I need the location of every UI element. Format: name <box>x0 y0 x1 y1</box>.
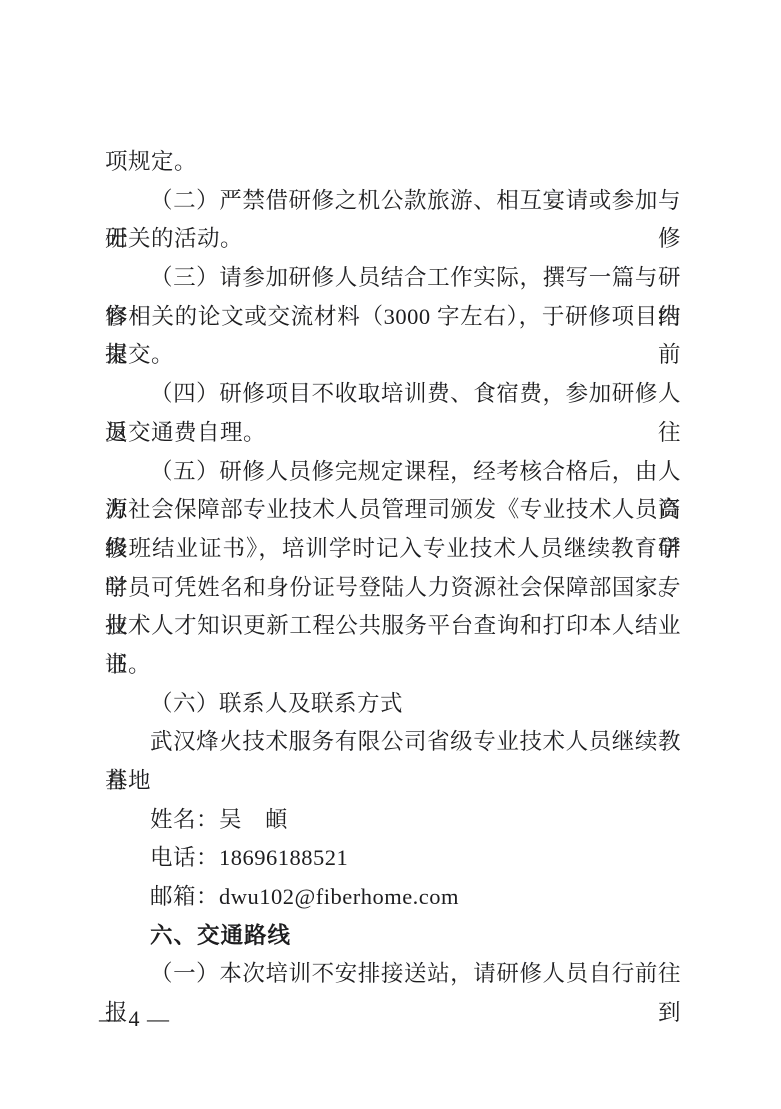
document-body: 项规定。 （二）严禁借研修之机公款旅游、相互宴请或参加与研修 无关的活动。 （三… <box>105 143 681 994</box>
text-line: 学员可凭姓名和身份证号登陆人力资源社会保障部国家专业 <box>105 569 681 608</box>
text-line-contact-name: 姓名：吴 頔 <box>105 801 681 840</box>
document-page: 项规定。 （二）严禁借研修之机公款旅游、相互宴请或参加与研修 无关的活动。 （三… <box>0 0 781 1109</box>
text-line: （一）本次培训不安排接送站，请研修人员自行前往报到 <box>105 955 681 994</box>
text-line: 项规定。 <box>105 143 681 182</box>
text-line-organization: 武汉烽火技术服务有限公司省级专业技术人员继续教育 <box>105 723 681 762</box>
text-line: 技术人才知识更新工程公共服务平台查询和打印本人结业证 <box>105 607 681 646</box>
section-heading: 六、交通路线 <box>105 917 681 956</box>
text-line: 书。 <box>105 646 681 685</box>
text-line: 修班结业证书》，培训学时记入专业技术人员继续教育学时。 <box>105 530 681 569</box>
text-line-organization: 基地 <box>105 762 681 801</box>
text-line: 源社会保障部专业技术人员管理司颁发《专业技术人员高级研 <box>105 491 681 530</box>
text-line-contact-phone: 电话：18696188521 <box>105 839 681 878</box>
text-line-contact-section-title: （六）联系人及联系方式 <box>105 685 681 724</box>
page-number: — 4 — <box>99 1004 170 1034</box>
text-line: （四）研修项目不收取培训费、食宿费，参加研修人员往 <box>105 375 681 414</box>
text-line: 容相关的论文或交流材料（3000 字左右），于研修项目结束前 <box>105 298 681 337</box>
text-line: （三）请参加研修人员结合工作实际，撰写一篇与研修内 <box>105 259 681 298</box>
text-line: （五）研修人员修完规定课程，经考核合格后，由人力资 <box>105 453 681 492</box>
text-line: （二）严禁借研修之机公款旅游、相互宴请或参加与研修 <box>105 182 681 221</box>
text-line-contact-email: 邮箱：dwu102@fiberhome.com <box>105 878 681 917</box>
